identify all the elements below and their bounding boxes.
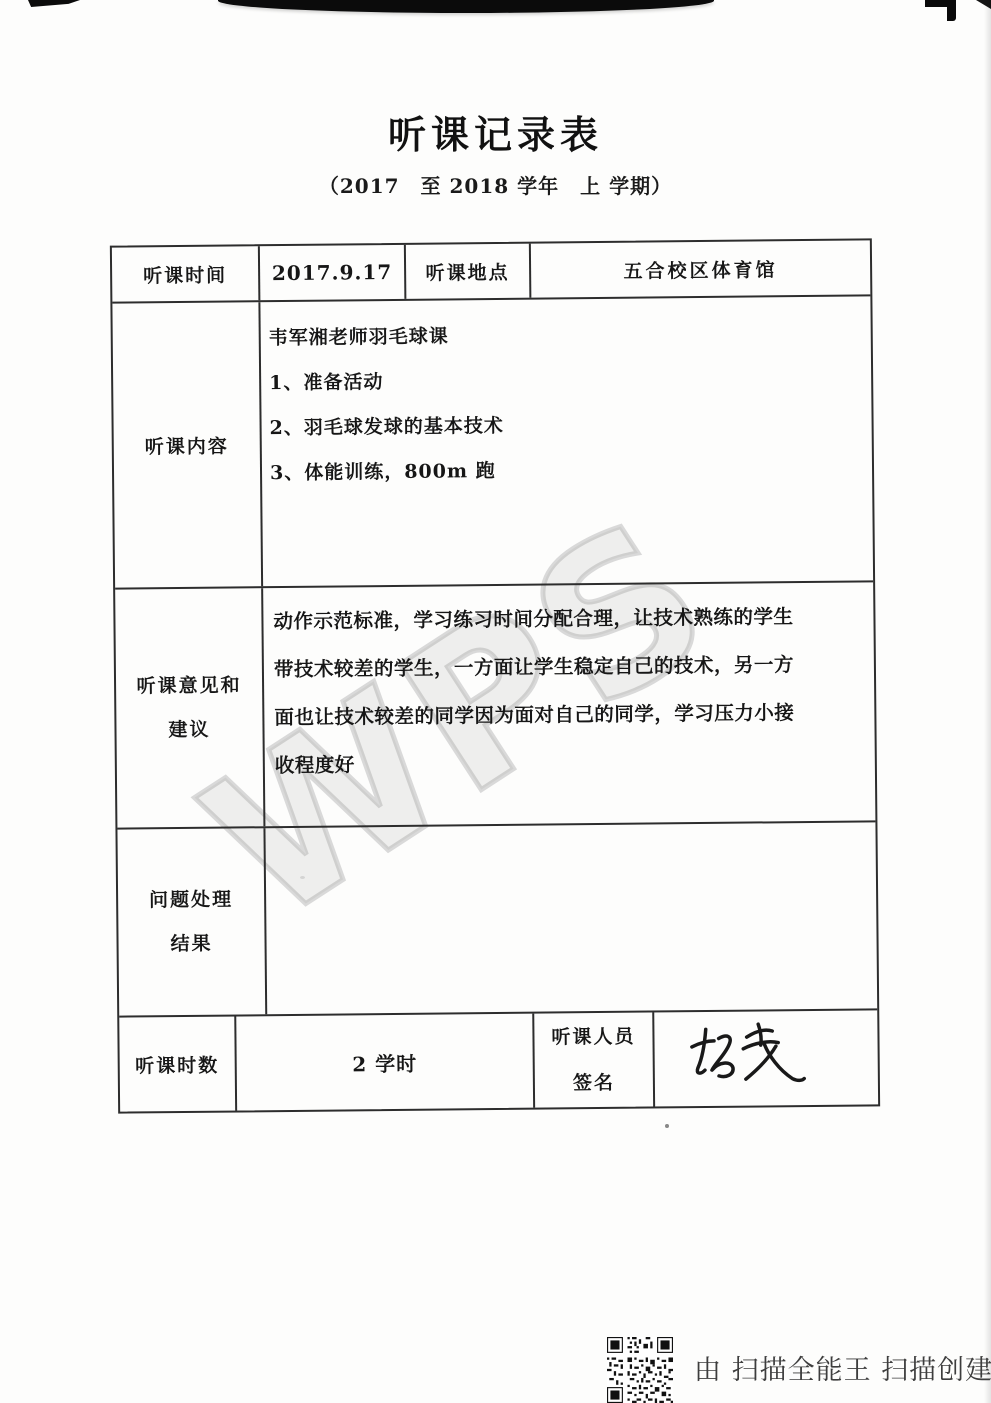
signature-label-line1: 听课人员	[551, 1014, 635, 1061]
time-value-cell: 2017.9.17	[260, 245, 407, 300]
place-label-cell: 听课地点	[406, 244, 532, 299]
scan-edge-shadow	[984, 0, 991, 1403]
place-value-cell: 五合校区体育馆	[531, 240, 871, 297]
hours-label-cell: 听课时数	[119, 1016, 237, 1111]
issue-label-line1: 问题处理	[149, 878, 233, 923]
scanner-credit-text: 由 扫描全能王 扫描创建	[694, 1348, 991, 1387]
opinion-label-line1: 听课意见和	[136, 663, 241, 708]
opinion-text: 动作示范标准，学习练习时间分配合理，让技术熟练的学生 带技术较差的学生，一方面让…	[263, 582, 875, 790]
table-row-issue-result: 问题处理 结果	[117, 822, 877, 1017]
content-text: 韦军湘老师羽毛球课 1、准备活动 2、羽毛球发球的基本技术 3、体能训练，800…	[260, 296, 872, 496]
page-title: 听课记录表	[0, 104, 991, 159]
observation-record-table: 听课时间 2017.9.17 听课地点 五合校区体育馆 听课内容 韦军湘老师羽毛…	[110, 238, 880, 1113]
opinion-line: 带技术较差的学生，一方面让学生稳定自己的技术，另一方	[274, 640, 866, 694]
qr-code-icon	[607, 1337, 673, 1403]
content-line: 韦军湘老师羽毛球课	[269, 310, 861, 361]
content-line: 2、羽毛球发球的基本技术	[269, 400, 861, 451]
signature-label-cell: 听课人员 签名	[551, 1014, 636, 1107]
time-label-cell: 听课时间	[112, 246, 261, 301]
issue-label-cell: 问题处理 结果	[149, 878, 234, 967]
scan-artifact-corner-bracket	[925, 0, 956, 21]
scan-artifact-left-sliver	[28, 0, 80, 7]
scan-speck	[665, 1124, 669, 1128]
issue-result-empty-cell	[265, 822, 877, 1014]
content-line: 3、体能训练，800m 跑	[270, 445, 862, 496]
page-subtitle: （2017 至 2018 学年 上 学期）	[0, 170, 991, 199]
scan-artifact-top-band	[218, 0, 714, 13]
table-row-time-place: 听课时间 2017.9.17 听课地点 五合校区体育馆	[112, 240, 871, 303]
issue-label-line2: 结果	[170, 922, 212, 966]
hours-value-cell: 2 学时	[236, 1014, 535, 1111]
signature-value-cell	[654, 1010, 878, 1106]
opinion-line: 动作示范标准，学习练习时间分配合理，让技术熟练的学生	[273, 592, 865, 646]
opinion-label-line2: 建议	[168, 708, 210, 752]
signature-label-line2: 签名	[573, 1060, 615, 1106]
opinion-line: 面也让技术较差的同学因为面对自己的同学，学习压力小接	[274, 688, 866, 742]
opinion-label-cell: 听课意见和 建议	[136, 663, 242, 752]
content-line: 1、准备活动	[269, 355, 861, 406]
opinion-line: 收程度好	[275, 736, 867, 790]
table-row-hours-signature: 听课时数 2 学时 听课人员 签名	[119, 1010, 878, 1111]
scanned-document-page: 听课记录表 （2017 至 2018 学年 上 学期） WPS 听课时间 201…	[0, 0, 991, 1403]
table-row-opinion: 听课意见和 建议 动作示范标准，学习练习时间分配合理，让技术熟练的学生 带技术较…	[115, 582, 875, 829]
signature-handwriting	[682, 1019, 823, 1090]
table-row-content: 听课内容 韦军湘老师羽毛球课 1、准备活动 2、羽毛球发球的基本技术 3、体能训…	[112, 296, 873, 589]
content-label-cell: 听课内容	[112, 302, 263, 587]
